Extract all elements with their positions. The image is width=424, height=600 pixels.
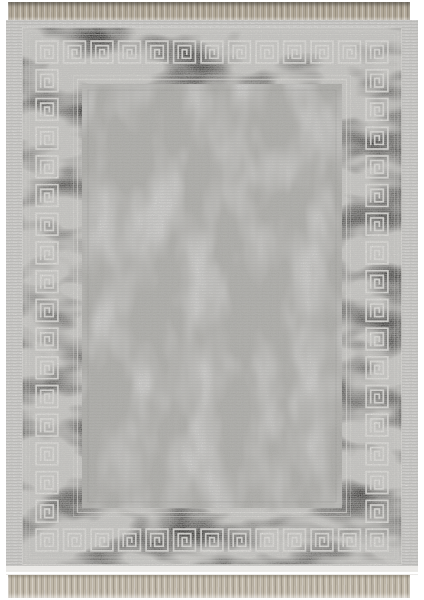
rug-photo: [0, 0, 424, 600]
selvedge-strip: [6, 566, 418, 575]
grain-overlay-light: [6, 20, 418, 575]
fringe-bottom: [8, 575, 410, 598]
rug-image: [6, 20, 418, 575]
fringe-top: [8, 2, 410, 20]
product-photo-page: [0, 0, 424, 600]
